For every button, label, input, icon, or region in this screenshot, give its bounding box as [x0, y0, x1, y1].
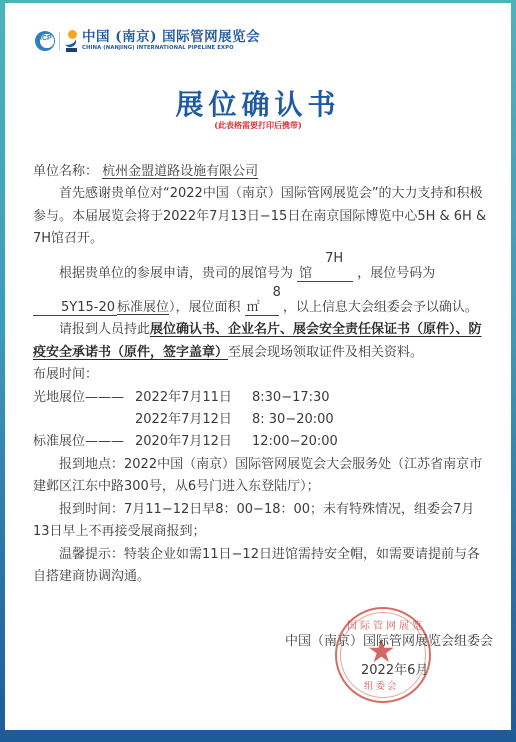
company-line: 单位名称： 杭州金盟道路设施有限公司: [33, 161, 488, 183]
schedule-date: 2022年7月11日: [135, 387, 252, 409]
document-subtitle: (此表格需要打印后携带): [5, 120, 511, 131]
seal-bottom-text: 组委会: [364, 678, 399, 692]
booth-text-3: ），展位面积: [169, 300, 241, 315]
schedule-date: 2022年7月12日: [135, 409, 252, 431]
checkin-location: 报到地点：2022中国（南京）国际管网展览会大会服务处（江苏省南京市建邺区江东中…: [33, 454, 488, 499]
documents-paragraph: 请报到人员持此展位确认书、企业名片、展会安全责任保证书（原件）、防疫安全承诺书（…: [33, 319, 488, 364]
logo-divider: [59, 32, 60, 50]
icp-logo-icon: ICP: [35, 31, 55, 51]
booth-text-2: ，展位号码为: [357, 266, 435, 281]
signature-organization: 中国（南京）国际管网展览会组委会: [285, 630, 493, 649]
booth-area: 8 ㎡: [245, 285, 279, 316]
icp-logo-text: ICP: [40, 35, 52, 42]
official-seal: 国际管网展览 ★ 组委会: [335, 607, 431, 703]
signature-date: 2022年6月: [361, 659, 428, 678]
schedule-time: 12:00−20:00: [252, 431, 338, 453]
schedule-type: [33, 409, 135, 431]
expo-emblem-icon: [64, 30, 78, 52]
intro-paragraph: 首先感谢贵单位对“2022中国（南京）国际管网展览会”的大力支持和积极参与。本届…: [33, 183, 488, 250]
schedule-row: 标准展位——— 2020年7月12日 12:00−20:00: [33, 431, 488, 453]
schedule-date: 2020年7月12日: [135, 431, 252, 453]
booth-number: 5Y15-20: [33, 300, 117, 316]
booth-text-1: 根据贵单位的参展申请，贵司的展馆号为: [59, 266, 293, 281]
document-sheet: ICP 中国 (南京) 国际管网展览会 CHINA (NANJING) INTE…: [5, 3, 511, 730]
schedule-row: 光地展位——— 2022年7月11日 8:30−17:30: [33, 387, 488, 409]
documents-text-1: 请报到人员持此: [59, 322, 150, 337]
company-name: 杭州金盟道路设施有限公司: [102, 164, 258, 179]
company-label: 单位名称：: [33, 164, 98, 179]
booth-paragraph: 根据贵单位的参展申请，贵司的展馆号为 7H 馆 ，展位号码为 5Y15-20标准…: [33, 251, 488, 320]
document-body: 单位名称： 杭州金盟道路设施有限公司 首先感谢贵单位对“2022中国（南京）国际…: [33, 161, 488, 588]
warm-tip: 温馨提示：特装企业如需11日−12日进馆需持安全帽，如需要请提前与各自搭建商协调…: [33, 544, 488, 589]
logo-title-en: CHINA (NANJING) INTERNATIONAL PIPELINE E…: [82, 45, 260, 52]
schedule-type: 标准展位———: [33, 431, 135, 453]
checkin-time: 报到时间：7月11−12日早8：00−18：00；未有特殊情况，组委会7月13日…: [33, 499, 488, 544]
booth-type: 标准展位: [117, 300, 169, 315]
schedule-time: 8: 30−20:00: [252, 409, 334, 431]
booth-text-4: ，以上信息大会组委会予以确认。: [283, 300, 478, 315]
schedule-row: 2022年7月12日 8: 30−20:00: [33, 409, 488, 431]
schedule-type: 光地展位———: [33, 387, 135, 409]
logo-title-cn: 中国 (南京) 国际管网展览会: [82, 30, 260, 45]
documents-text-2: 至展会现场领取证件及相关资料。: [228, 345, 423, 360]
schedule-time: 8:30−17:30: [252, 387, 330, 409]
hall-number: 7H 馆: [297, 251, 353, 282]
schedule-label: 布展时间：: [33, 364, 488, 386]
document-title: 展位确认书: [5, 83, 511, 123]
expo-logo: ICP 中国 (南京) 国际管网展览会 CHINA (NANJING) INTE…: [35, 28, 260, 54]
